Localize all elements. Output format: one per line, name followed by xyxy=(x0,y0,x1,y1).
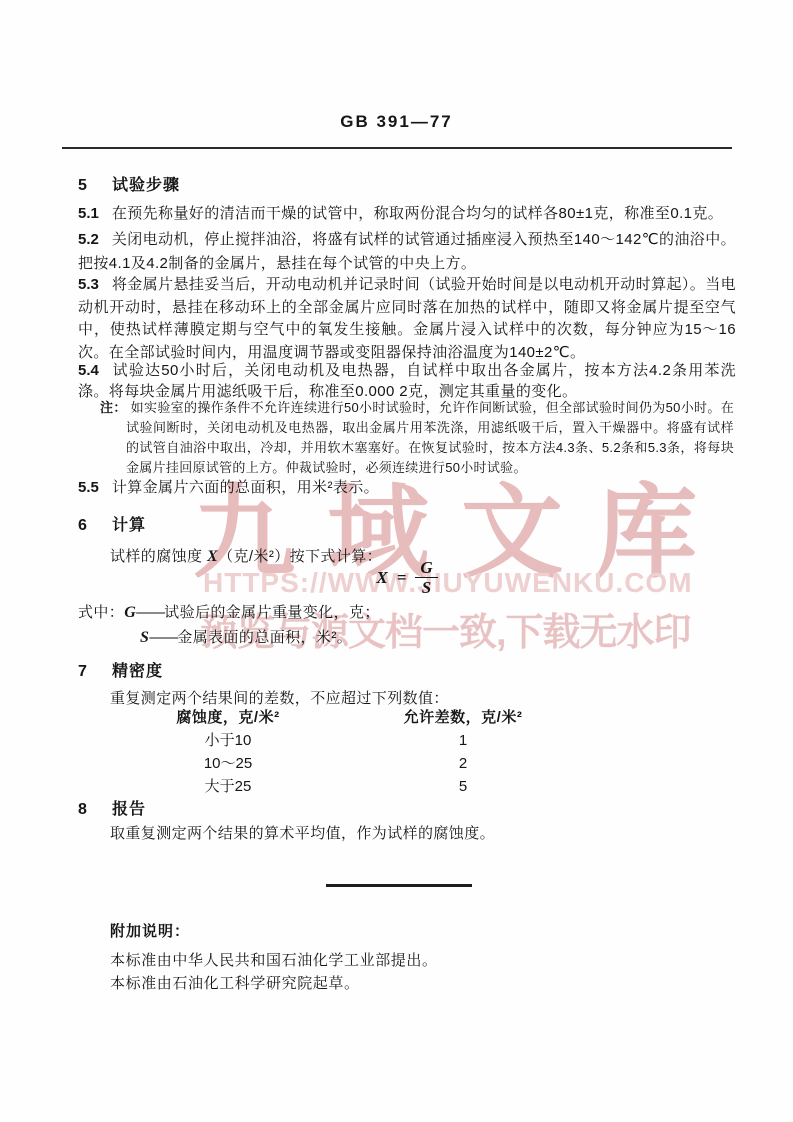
section-5-title: 试验步骤 xyxy=(112,177,180,194)
section-8-heading: 8报告 xyxy=(78,796,736,819)
where-label: 式中： xyxy=(78,604,124,621)
note-text: 如实验室的操作条件不允许连续进行50小时试验时，允许作间断试验，但全部试验时间仍… xyxy=(126,400,734,475)
addendum: 附加说明： 本标准由中华人民共和国石油化学工业部提出。 本标准由石油化工科学研究… xyxy=(110,920,710,995)
section-7-number: 7 xyxy=(78,663,112,681)
formula-legend: 式中：G——试验后的金属片重量变化，克； S——金属表面的总面积，米²。 xyxy=(78,600,736,650)
table-cell: 5 xyxy=(378,775,548,798)
variable-g: G xyxy=(124,604,136,621)
table-cell: 小于10 xyxy=(78,729,378,752)
section-8-number: 8 xyxy=(78,801,112,819)
precision-table: 腐蚀度，克/米² 允许差数，克/米² 小于10 1 10～25 2 大于25 5 xyxy=(78,706,736,798)
standard-code: GB 391—77 xyxy=(0,112,793,132)
paragraph-5-2-text: 关闭电动机，停止搅拌油浴，将盛有试样的试管通过插座浸入预热至140～142℃的油… xyxy=(78,231,736,272)
table-cell: 大于25 xyxy=(78,775,378,798)
paragraph-5-3-number: 5.3 xyxy=(78,276,99,293)
precision-table-header-row: 腐蚀度，克/米² 允许差数，克/米² xyxy=(78,706,736,729)
scanned-document-page: 九域文库 HTTPS://WWW.JIUYUWENKU.COM 预览与源文档一致… xyxy=(0,0,793,1122)
formula-fraction: G S xyxy=(415,558,437,597)
document-content: GB 391—77 5试验步骤 5.1在预先称量好的清洁而干燥的试管中，称取两份… xyxy=(0,0,793,1122)
note-block: 注：如实验室的操作条件不允许连续进行50小时试验时，允许作间断试验，但全部试验时… xyxy=(100,398,734,478)
paragraph-5-4-number: 5.4 xyxy=(78,362,99,379)
section-6-heading: 6计算 xyxy=(78,512,736,535)
section-5-number: 5 xyxy=(78,177,112,195)
paragraph-5-1-text: 在预先称量好的清洁而干燥的试管中，称取两份混合均匀的试样各80±1克，称准至0.… xyxy=(112,205,723,222)
dash: —— xyxy=(149,629,177,646)
section-6-number: 6 xyxy=(78,517,112,535)
addendum-title: 附加说明： xyxy=(110,920,710,944)
corrosion-formula: X = G S xyxy=(78,558,736,597)
precision-table-header-tolerance: 允许差数，克/米² xyxy=(378,706,548,729)
variable-s-description: 金属表面的总面积，米²。 xyxy=(177,629,352,646)
variable-g-description: 试验后的金属片重量变化，克； xyxy=(164,604,380,621)
addendum-line-proposer: 本标准由中华人民共和国石油化学工业部提出。 xyxy=(110,949,710,972)
formula-legend-g: 式中：G——试验后的金属片重量变化，克； xyxy=(78,600,736,625)
formula-legend-s: S——金属表面的总面积，米²。 xyxy=(78,625,736,650)
end-divider xyxy=(326,884,472,887)
paragraph-5-1: 5.1在预先称量好的清洁而干燥的试管中，称取两份混合均匀的试样各80±1克，称准… xyxy=(78,202,736,226)
paragraph-5-2-number: 5.2 xyxy=(78,231,99,248)
variable-s: S xyxy=(140,629,149,646)
section-7-heading: 7精密度 xyxy=(78,658,736,681)
paragraph-5-1-number: 5.1 xyxy=(78,205,99,222)
dash: —— xyxy=(136,604,164,621)
formula-equals: = xyxy=(397,568,407,588)
paragraph-5-5-number: 5.5 xyxy=(78,479,99,496)
table-cell: 10～25 xyxy=(78,752,378,775)
paragraph-5-3: 5.3将金属片悬挂妥当后，开动电动机并记录时间（试验开始时间是以电动机开动时算起… xyxy=(78,274,736,364)
section-5-heading: 5试验步骤 xyxy=(78,172,736,195)
report-text: 取重复测定两个结果的算术平均值，作为试样的腐蚀度。 xyxy=(78,822,736,846)
section-7-title: 精密度 xyxy=(112,663,163,680)
table-cell: 2 xyxy=(378,752,548,775)
formula-lhs: X xyxy=(376,568,387,588)
paragraph-5-3-text: 将金属片悬挂妥当后，开动电动机并记录时间（试验开始时间是以电动机开动时算起）。当… xyxy=(78,276,736,361)
table-row: 小于10 1 xyxy=(78,729,736,752)
precision-table-header-corrosion: 腐蚀度，克/米² xyxy=(78,706,378,729)
section-6-title: 计算 xyxy=(112,517,146,534)
table-cell: 1 xyxy=(378,729,548,752)
table-row: 10～25 2 xyxy=(78,752,736,775)
paragraph-5-4-text: 试验达50小时后，关闭电动机及电热器，自试样中取出各金属片，按本方法4.2条用苯… xyxy=(78,362,736,400)
addendum-line-drafter: 本标准由石油化工科学研究院起草。 xyxy=(110,972,710,995)
formula-numerator: G xyxy=(415,558,437,578)
section-8-title: 报告 xyxy=(112,801,146,818)
note-label: 注： xyxy=(100,400,127,415)
table-row: 大于25 5 xyxy=(78,775,736,798)
paragraph-5-5: 5.5计算金属片六面的总面积，用米²表示。 xyxy=(78,476,736,500)
paragraph-5-2: 5.2关闭电动机，停止搅拌油浴，将盛有试样的试管通过插座浸入预热至140～142… xyxy=(78,228,736,276)
header-rule xyxy=(62,147,732,149)
paragraph-5-4: 5.4试验达50小时后，关闭电动机及电热器，自试样中取出各金属片，按本方法4.2… xyxy=(78,360,736,402)
formula-denominator: S xyxy=(422,578,431,597)
paragraph-5-5-text: 计算金属片六面的总面积，用米²表示。 xyxy=(112,479,379,496)
